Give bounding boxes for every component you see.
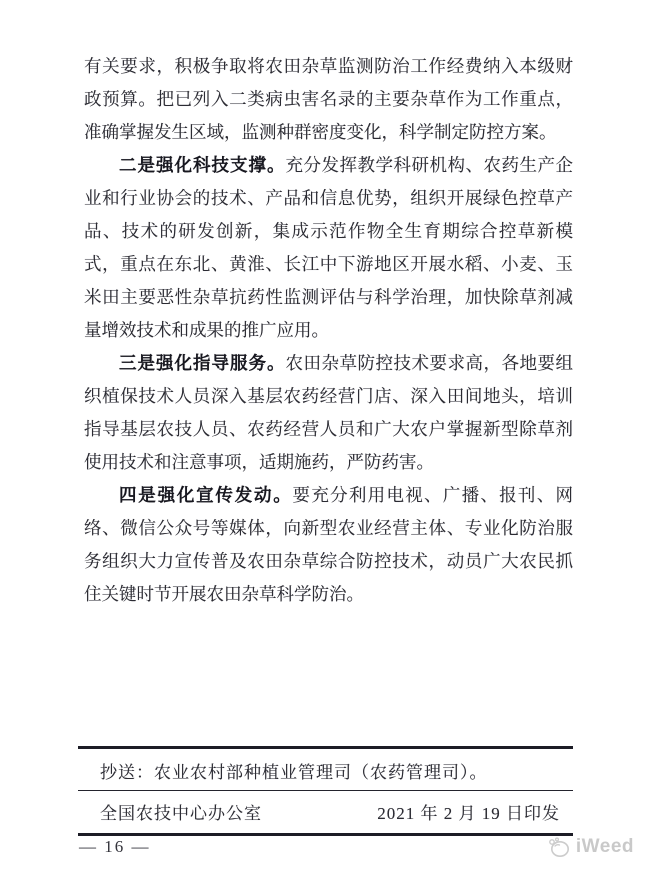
iweed-logo-icon xyxy=(547,836,571,858)
paragraph-lead: 三是强化指导服务。 xyxy=(119,353,286,373)
footer-print-date: 2021 年 2 月 19 日印发 xyxy=(377,799,560,824)
watermark-label: iWeed xyxy=(576,836,634,858)
paragraph-lead: 二是强化科技支撑。 xyxy=(119,155,286,175)
page-number: — 16 — xyxy=(79,837,151,857)
document-page: 有关要求，积极争取将农田杂草监测防治工作经费纳入本级财政预算。把已列入二类病虫害… xyxy=(0,0,650,874)
iweed-watermark: iWeed xyxy=(547,836,634,858)
body-paragraph: 四是强化宣传发动。要充分利用电视、广播、报刊、网络、微信公众号等媒体，向新型农业… xyxy=(84,479,573,611)
document-body: 有关要求，积极争取将农田杂草监测防治工作经费纳入本级财政预算。把已列入二类病虫害… xyxy=(84,50,573,611)
footer-cc-row: 抄送：农业农村部种植业管理司（农药管理司）。 xyxy=(78,749,573,791)
footer-issuer: 全国农技中心办公室 xyxy=(100,799,262,824)
document-footer: 抄送：农业农村部种植业管理司（农药管理司）。 全国农技中心办公室 2021 年 … xyxy=(78,746,573,836)
footer-issue-row: 全国农技中心办公室 2021 年 2 月 19 日印发 xyxy=(78,791,573,833)
footer-cc-text: 抄送：农业农村部种植业管理司（农药管理司）。 xyxy=(100,763,488,782)
body-paragraph: 三是强化指导服务。农田杂草防控技术要求高，各地要组织植保技术人员深入基层农药经营… xyxy=(84,347,573,479)
paragraph-text: 有关要求，积极争取将农田杂草监测防治工作经费纳入本级财政预算。把已列入二类病虫害… xyxy=(84,56,573,142)
paragraph-text: 充分发挥教学科研机构、农药生产企业和行业协会的技术、产品和信息优势，组织开展绿色… xyxy=(84,155,573,340)
paragraph-lead: 四是强化宣传发动。 xyxy=(119,485,293,505)
body-paragraph: 二是强化科技支撑。充分发挥教学科研机构、农药生产企业和行业协会的技术、产品和信息… xyxy=(84,149,573,347)
body-paragraph: 有关要求，积极争取将农田杂草监测防治工作经费纳入本级财政预算。把已列入二类病虫害… xyxy=(84,50,573,149)
